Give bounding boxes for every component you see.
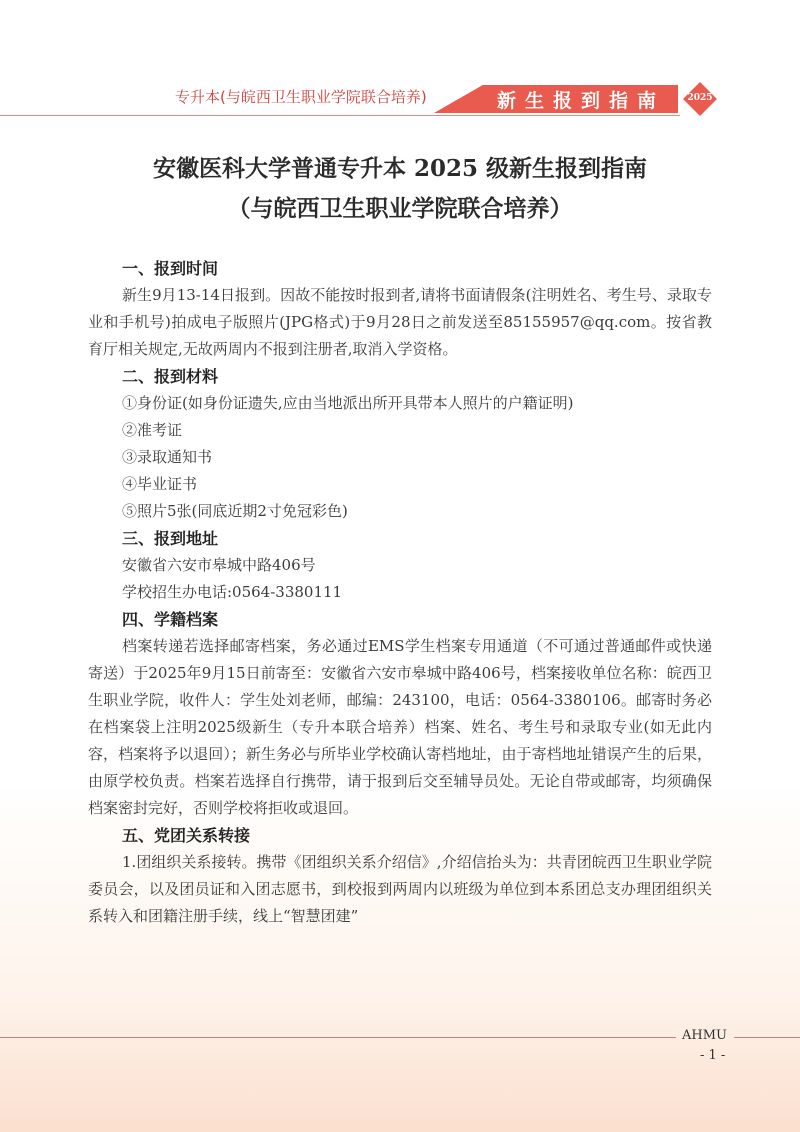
section-heading: 三、报到地址 — [122, 525, 712, 552]
section-paragraph: 档案转递若选择邮寄档案，务必通过EMS学生档案专用通道（不可通过普通邮件或快递寄… — [88, 633, 712, 822]
page-number: - 1 - — [700, 1048, 725, 1063]
section-heading: 五、党团关系转接 — [122, 822, 712, 849]
header-divider — [0, 115, 680, 116]
list-item: ④毕业证书 — [88, 471, 712, 498]
phone-line: 学校招生办电话:0564-3380111 — [88, 579, 712, 606]
header-subtitle: 专升本(与皖西卫生职业学院联合培养) — [175, 86, 427, 107]
list-item: ②准考证 — [88, 417, 712, 444]
section-heading: 四、学籍档案 — [122, 606, 712, 633]
section-heading: 一、报到时间 — [122, 255, 712, 282]
header-band-label: 新生报到指南 — [488, 86, 674, 113]
list-item: ③录取通知书 — [88, 444, 712, 471]
year-badge-text: 2025 — [683, 93, 717, 103]
section-heading: 二、报到材料 — [122, 363, 712, 390]
year-badge: 2025 — [683, 82, 717, 116]
list-item: ⑤照片5张(同底近期2寸免冠彩色) — [88, 498, 712, 525]
list-item: ①身份证(如身份证遗失,应由当地派出所开具带本人照片的户籍证明) — [88, 390, 712, 417]
footer-divider-right — [734, 1037, 800, 1038]
footer-label: AHMU — [682, 1028, 727, 1043]
section-paragraph: 新生9月13-14日报到。因故不能按时报到者,请将书面请假条(注明姓名、考生号、… — [88, 282, 712, 363]
footer-divider-left — [0, 1037, 676, 1038]
page-subtitle: （与皖西卫生职业学院联合培养） — [0, 190, 800, 223]
address-line: 安徽省六安市皋城中路406号 — [88, 552, 712, 579]
document-body: 一、报到时间 新生9月13-14日报到。因故不能按时报到者,请将书面请假条(注明… — [88, 255, 712, 930]
section-paragraph: 1.团组织关系接转。携带《团组织关系介绍信》,介绍信抬头为：共青团皖西卫生职业学… — [88, 849, 712, 930]
page-title: 安徽医科大学普通专升本 2025 级新生报到指南 — [0, 150, 800, 183]
